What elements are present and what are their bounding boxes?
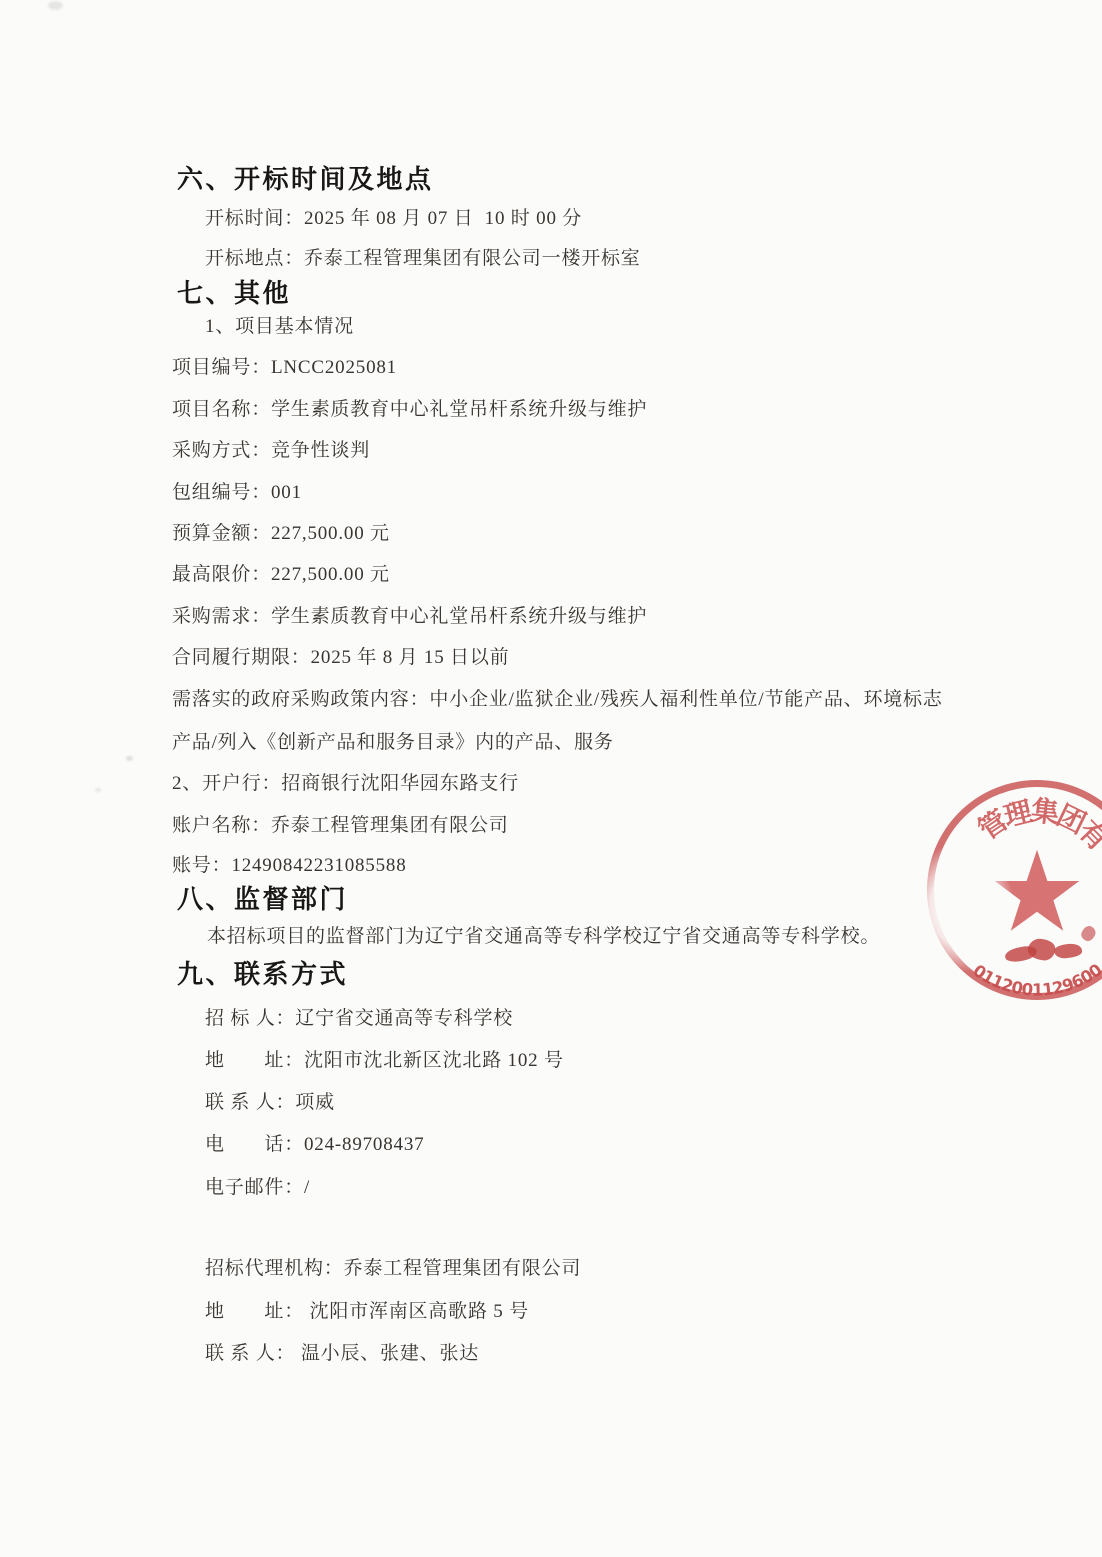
seal-arc-char: 集 (1029, 789, 1061, 832)
line-tenderer-address: 地 址：沈阳市沈北新区沈北路 102 号 (205, 1049, 564, 1073)
heading-contact-info: 九、联系方式 (177, 959, 348, 989)
seal-ink-smudge (1054, 943, 1083, 959)
line-bank-name: 2、开户行：招商银行沈阳华园东路支行 (172, 772, 519, 796)
line-project-number: 项目编号：LNCC2025081 (172, 356, 397, 380)
line-max-price-limit: 最高限价：227,500.00 元 (172, 563, 390, 587)
line-contract-period: 合同履行期限：2025 年 8 月 15 日以前 (172, 646, 509, 670)
seal-serial-digit: 1 (989, 971, 1007, 993)
line-agency-address: 地 址： 沈阳市浑南区高歌路 5 号 (205, 1300, 529, 1324)
line-agency: 招标代理机构：乔泰工程管理集团有限公司 (205, 1257, 581, 1281)
seal-serial-digit: 0 (1021, 980, 1034, 1000)
line-account-name: 账户名称：乔泰工程管理集团有限公司 (172, 814, 509, 838)
scanned-tender-document-page: { "page": { "background": "#fbfbfa", "te… (0, 0, 1102, 1557)
line-package-number: 包组编号：001 (172, 481, 302, 505)
seal-serial-digit: 6 (1069, 970, 1087, 992)
heading-other: 七、其他 (177, 278, 291, 308)
seal-star-icon (993, 848, 1081, 936)
scan-artifact (48, 1, 63, 10)
line-supervisory-department: 本招标项目的监督部门为辽宁省交通高等专科学校辽宁省交通高等专科学校。 (207, 925, 880, 949)
seal-serial-digit: 2 (999, 975, 1016, 997)
line-project-basic-info: 1、项目基本情况 (205, 315, 354, 339)
line-procurement-method: 采购方式：竞争性谈判 (172, 439, 370, 463)
line-procurement-requirement: 采购需求：学生素质教育中心礼堂吊杆系统升级与维护 (172, 605, 647, 629)
line-project-name: 项目名称：学生素质教育中心礼堂吊杆系统升级与维护 (172, 398, 647, 422)
line-budget-amount: 预算金额：227,500.00 元 (172, 522, 390, 546)
seal-arc-char: 理 (999, 790, 1036, 836)
scan-artifact (95, 788, 101, 792)
line-bid-opening-time: 开标时间：2025 年 08 月 07 日 10 时 00 分 (205, 207, 582, 231)
seal-serial-digit: 9 (1060, 974, 1077, 996)
line-bid-opening-location: 开标地点：乔泰工程管理集团有限公司一楼开标室 (205, 247, 641, 271)
line-agency-contact: 联 系 人： 温小辰、张建、张达 (205, 1342, 479, 1366)
line-account-number: 账号：12490842231085588 (172, 854, 407, 878)
line-tenderer-contact: 联 系 人：项威 (205, 1091, 335, 1115)
heading-supervisory-department: 八、监督部门 (177, 884, 348, 914)
seal-serial-digit: 0 (969, 961, 989, 983)
seal-arc-char: 有 (1070, 810, 1102, 858)
seal-ink-smudge (1004, 945, 1038, 963)
seal-ink-fade (909, 842, 1014, 972)
seal-serial-digit: 0 (1077, 966, 1096, 988)
seal-arc-char: 团 (1051, 794, 1094, 842)
seal-ink-smudge (1027, 937, 1056, 961)
line-tenderer-phone: 电 话：024-89708437 (205, 1133, 424, 1157)
seal-arc-char: 管 (969, 799, 1015, 848)
seal-serial-digit: 0 (1085, 960, 1102, 982)
line-tenderer: 招 标 人：辽宁省交通高等专科学校 (205, 1007, 513, 1031)
seal-ink-smudge (1079, 924, 1098, 943)
seal-serial-digit: 1 (1032, 980, 1044, 999)
red-company-seal: 管 理 集 团 有 0 1 1 2 0 0 1 1 2 9 6 0 0 (927, 780, 1102, 1000)
line-tenderer-email: 电子邮件：/ (205, 1176, 310, 1200)
seal-serial-digit: 1 (979, 966, 998, 988)
seal-ring (927, 780, 1102, 1000)
seal-serial-digit: 0 (1010, 978, 1025, 999)
heading-bid-opening-time-location: 六、开标时间及地点 (177, 164, 434, 194)
scan-artifact (126, 756, 133, 761)
line-policy-content-1: 需落实的政府采购政策内容：中小企业/监狱企业/残疾人福利性单位/节能产品、环境标… (172, 688, 943, 712)
seal-serial-digit: 1 (1041, 979, 1055, 999)
seal-serial-digit: 2 (1051, 977, 1066, 998)
line-policy-content-2: 产品/列入《创新产品和服务目录》内的产品、服务 (172, 731, 614, 755)
